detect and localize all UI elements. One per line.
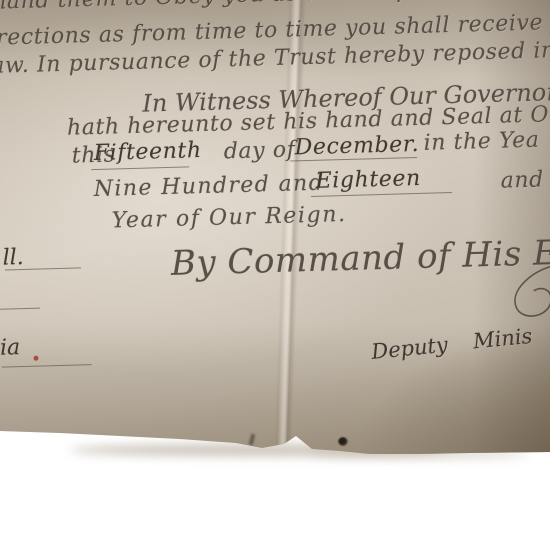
date-line-suffix: in the Yea: [423, 130, 540, 155]
engraved-line-command: By Command of His Excell: [170, 234, 550, 281]
handwritten-deputy: Deputy: [371, 335, 449, 363]
signature-flourish: [499, 262, 550, 326]
blank-underline: [2, 364, 92, 368]
document-photograph: mand them to Obey you as their superior …: [0, 0, 550, 550]
handwritten-minister: Minis: [472, 326, 533, 353]
date-line-middle: day of: [224, 139, 296, 163]
engraved-line-obey: mand them to Obey you as their superior …: [0, 0, 520, 14]
ink-layer: mand them to Obey you as their superior …: [0, 0, 550, 468]
engraved-line-reign: Year of Our Reign.: [111, 204, 347, 233]
handwritten-month-fill: December.: [294, 134, 419, 159]
parchment-paper: mand them to Obey you as their superior …: [0, 0, 550, 460]
blank-underline: [0, 308, 40, 310]
paper-hole: [338, 437, 348, 446]
handwritten-day-fill: Fifteenth: [94, 140, 202, 165]
margin-fragment: ll.: [2, 247, 24, 270]
margin-fragment: tia: [0, 337, 21, 360]
red-ink-mark: [33, 356, 38, 361]
year-line-prefix: Nine Hundred and: [94, 173, 325, 201]
handwritten-year-fill: Eighteen: [315, 168, 421, 193]
year-line-suffix: and: [500, 169, 544, 192]
